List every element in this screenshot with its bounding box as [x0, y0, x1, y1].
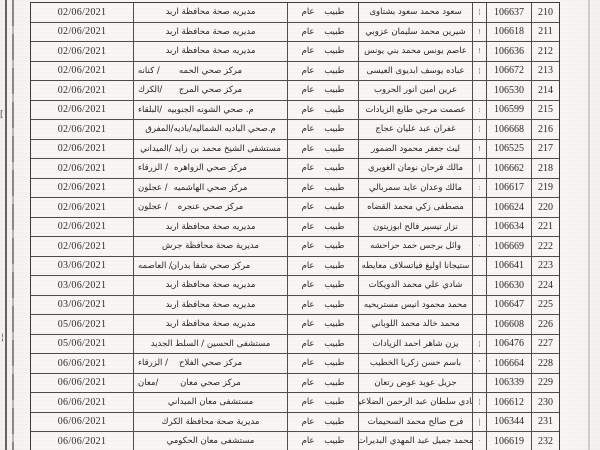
table-row: 06/06/2021 مستشفى معان الميداني طبيب عام…	[31, 393, 559, 413]
doctor-name-cell: جزيل عويد عوض رتعان	[359, 374, 473, 393]
workplace-cell: مديريه صحة محافظة اربد	[134, 3, 288, 22]
appointment-date-cell: 02/06/2021	[31, 237, 134, 256]
table-row: 02/06/2021 / كنانه مركز صحي الحمه طبيب ع…	[31, 62, 559, 82]
workplace-label: م.صحي الباديه الشماليه/باديه/المفرق	[145, 124, 276, 134]
job-title-cell: طبيب عام	[288, 296, 359, 315]
scan-artifact: ¦	[473, 62, 487, 81]
serial-number-cell: 227	[532, 335, 559, 354]
page-edge-line	[588, 0, 590, 450]
appointment-date-cell: 06/06/2021	[31, 432, 134, 450]
workplace-label: مديريه صحة محافظة اربد	[166, 222, 256, 232]
id-number-cell: 106637	[487, 3, 532, 22]
serial-number-cell: 222	[532, 237, 559, 256]
job-title-cell: طبيب عام	[288, 335, 359, 354]
doctor-name-cell: سعود محمد سعود بشتاوى	[359, 3, 473, 22]
id-number-cell: 106617	[487, 179, 532, 198]
workplace-cell: مستشفى الحسين / السلط الجديد	[134, 335, 288, 354]
workplace-label: مديريه صحة محافظة اربد	[166, 319, 256, 329]
job-title-cell: طبيب عام	[288, 23, 359, 42]
doctor-name-cell: ليث جعفر محمود الضمور	[359, 140, 473, 159]
job-title-cell: طبيب عام	[288, 276, 359, 295]
serial-number-cell: 230	[532, 393, 559, 412]
workplace-cell: / العاصمه مركز صحي شفا بدران	[134, 257, 288, 276]
table-row: 02/06/2021 مستشفى الشيخ محمد بن زايد /ال…	[31, 140, 559, 160]
doctor-name-cell: غفران عبد عليان عجاج	[359, 120, 473, 139]
workplace-label: مديريه صحة محافظة اربد	[166, 27, 256, 37]
table-row: 02/06/2021 مديريه صحة محافظة اربد طبيب ع…	[31, 218, 559, 238]
scan-artifact: !	[473, 140, 487, 159]
workplace-label: مديرية صحة محافظة جرش	[162, 241, 259, 251]
scan-artifact	[473, 315, 487, 334]
doctor-name-cell: شادي علي محمد الدويكات	[359, 276, 473, 295]
workplace-label: مركز صحي الهاشميه	[174, 183, 248, 193]
doctor-name-cell: عرين امين انور الحروب	[359, 81, 473, 100]
workplace-label: مركز صحي المرج	[179, 85, 242, 95]
scan-artifact	[473, 257, 487, 276]
table-row: 03/06/2021 مديريه صحة محافظة اربد طبيب ع…	[31, 276, 559, 296]
job-title-cell: طبيب عام	[288, 120, 359, 139]
id-number-cell: 106618	[487, 23, 532, 42]
id-number-cell: 106662	[487, 159, 532, 178]
id-number-cell: 106624	[487, 198, 532, 217]
job-title-cell: طبيب عام	[288, 42, 359, 61]
workplace-cell: / الزرقاء مركز صحي الفلاح	[134, 354, 288, 373]
table-row: 06/06/2021 / الزرقاء مركز صحي الفلاح طبي…	[31, 354, 559, 374]
scan-artifact: ¦	[473, 120, 487, 139]
appointment-date-cell: 06/06/2021	[31, 354, 134, 373]
serial-number-cell: 219	[532, 179, 559, 198]
scan-artifact: :	[473, 179, 487, 198]
job-title-cell: طبيب عام	[288, 140, 359, 159]
appointment-date-cell: 03/06/2021	[31, 296, 134, 315]
workplace-label: مركز صحي عنجره	[178, 202, 243, 212]
table-row: 02/06/2021 مديريه صحة محافظة اربد طبيب ع…	[31, 23, 559, 43]
workplace-cell: / كنانه مركز صحي الحمه	[134, 62, 288, 81]
appointment-date-cell: 06/06/2021	[31, 374, 134, 393]
scan-artifact	[473, 276, 487, 295]
table-row: 06/06/2021 /معان مركز صحي معان طبيب عام …	[31, 374, 559, 394]
serial-number-cell: 224	[532, 276, 559, 295]
job-title-cell: طبيب عام	[288, 179, 359, 198]
workplace-cell: / عجلون مركز صحي الهاشميه	[134, 179, 288, 198]
serial-number-cell: 213	[532, 62, 559, 81]
serial-number-cell: 214	[532, 81, 559, 100]
workplace-label: مركز صحي الزواهره	[174, 163, 247, 173]
doctor-name-cell: وائل برجس حمد حراحشه	[359, 237, 473, 256]
id-number-cell: 106619	[487, 432, 532, 450]
governorate-label: / العاصمه	[138, 261, 172, 271]
table-row: 05/06/2021 مديريه صحة محافظة اربد طبيب ع…	[31, 315, 559, 335]
job-title-cell: طبيب عام	[288, 257, 359, 276]
table-row: 02/06/2021 مديريه صحة محافظة اربد طبيب ع…	[31, 3, 559, 23]
appointment-date-cell: 02/06/2021	[31, 218, 134, 237]
appointment-date-cell: 05/06/2021	[31, 335, 134, 354]
serial-number-cell: 217	[532, 140, 559, 159]
scan-artifact: :	[473, 101, 487, 120]
job-title-cell: طبيب عام	[288, 159, 359, 178]
serial-number-cell: 212	[532, 42, 559, 61]
governorate-label: / كنانه	[138, 66, 160, 76]
doctor-name-cell: مالك وعدان عايد سمربالي	[359, 179, 473, 198]
appointment-date-cell: 02/06/2021	[31, 62, 134, 81]
appointment-date-cell: 02/06/2021	[31, 101, 134, 120]
appointment-date-cell: 02/06/2021	[31, 3, 134, 22]
workplace-cell: / عجلون مركز صحي عنجره	[134, 198, 288, 217]
governorate-label: /البلقاء	[138, 105, 162, 115]
scan-artifact	[473, 296, 487, 315]
serial-number-cell: 231	[532, 413, 559, 432]
job-title-cell: طبيب عام	[288, 218, 359, 237]
serial-number-cell: 215	[532, 101, 559, 120]
appointment-date-cell: 02/06/2021	[31, 81, 134, 100]
workplace-label: مركز صحي الفلاح	[179, 358, 242, 368]
doctor-name-cell: مالك فرحان نومان الغويري	[359, 159, 473, 178]
workplace-cell: مديريه صحة محافظة اربد	[134, 315, 288, 334]
serial-number-cell: 228	[532, 354, 559, 373]
id-number-cell: 106612	[487, 393, 532, 412]
serial-number-cell: 225	[532, 296, 559, 315]
serial-number-cell: 232	[532, 432, 559, 450]
workplace-cell: م.صحي الباديه الشماليه/باديه/المفرق	[134, 120, 288, 139]
table-row: 02/06/2021 / عجلون مركز صحي عنجره طبيب ع…	[31, 198, 559, 218]
appointment-date-cell: 02/06/2021	[31, 159, 134, 178]
governorate-label: / الزرقاء	[138, 358, 168, 368]
serial-number-cell: 221	[532, 218, 559, 237]
governorate-label: /معان	[138, 378, 158, 388]
scan-artifact: ·	[473, 432, 487, 450]
scan-artifact: [	[0, 110, 4, 120]
workplace-cell: مديريه صحة محافظة اربد	[134, 42, 288, 61]
job-title-cell: طبيب عام	[288, 432, 359, 450]
appointment-date-cell: 02/06/2021	[31, 198, 134, 217]
scan-artifact: |	[473, 413, 487, 432]
workplace-cell: /معان مركز صحي معان	[134, 374, 288, 393]
table-row: 03/06/2021 / العاصمه مركز صحي شفا بدران …	[31, 257, 559, 277]
workplace-cell: / الزرقاء مركز صحي الزواهره	[134, 159, 288, 178]
scan-artifact: !	[473, 42, 487, 61]
scan-artifact	[473, 218, 487, 237]
table-row: 05/06/2021 مستشفى الحسين / السلط الجديد …	[31, 335, 559, 355]
governorate-label: / عجلون	[138, 183, 168, 193]
doctor-name-cell: فرح صالح محمد السحيمات	[359, 413, 473, 432]
table-row: 06/06/2021 مستشفى معان الحكومي طبيب عام …	[31, 432, 559, 450]
job-title-cell: طبيب عام	[288, 393, 359, 412]
page-binding-line-outer	[5, 0, 7, 450]
job-title-cell: طبيب عام	[288, 101, 359, 120]
doctor-name-cell: مصطفى زكي محمد القضاه	[359, 198, 473, 217]
workplace-label: مستشفى معان الميداني	[168, 397, 253, 407]
serial-number-cell: 223	[532, 257, 559, 276]
doctor-name-cell: يزن شاهر احمد الزيادات	[359, 335, 473, 354]
workplace-cell: مديريه صحة محافظة اربد	[134, 23, 288, 42]
workplace-label: مديريه صحة محافظة اربد	[166, 280, 256, 290]
scan-artifact: ¦	[473, 393, 487, 412]
table-row: 02/06/2021 م.صحي الباديه الشماليه/باديه/…	[31, 120, 559, 140]
appointment-date-cell: 06/06/2021	[31, 413, 134, 432]
appointment-date-cell: 02/06/2021	[31, 120, 134, 139]
serial-number-cell: 210	[532, 3, 559, 22]
table-row: 02/06/2021 /الكرك مركز صحي المرج طبيب عا…	[31, 81, 559, 101]
doctor-name-cell: نزار تيسير فالح ابوزيتون	[359, 218, 473, 237]
table-row: 03/06/2021 مديريه صحة محافظة اربد طبيب ع…	[31, 296, 559, 316]
workplace-label: م. صحي الشونه الجنوبيه	[167, 105, 254, 115]
appointment-date-cell: 03/06/2021	[31, 257, 134, 276]
appointment-date-cell: 02/06/2021	[31, 179, 134, 198]
workplace-label: مستشفى الشيخ محمد بن زايد /الميداني	[140, 144, 281, 154]
workplace-cell: /البلقاء م. صحي الشونه الجنوبيه	[134, 101, 288, 120]
serial-number-cell: 226	[532, 315, 559, 334]
appointment-date-cell: 02/06/2021	[31, 42, 134, 61]
table-row: 02/06/2021 مديرية صحة محافظة جرش طبيب عا…	[31, 237, 559, 257]
scan-artifact	[473, 198, 487, 217]
job-title-cell: طبيب عام	[288, 354, 359, 373]
appointment-date-cell: 03/06/2021	[31, 276, 134, 295]
appointment-date-cell: 02/06/2021	[31, 140, 134, 159]
id-number-cell: 106641	[487, 257, 532, 276]
job-title-cell: طبيب عام	[288, 237, 359, 256]
id-number-cell: 106672	[487, 62, 532, 81]
serial-number-cell: 229	[532, 374, 559, 393]
id-number-cell: 106647	[487, 296, 532, 315]
page-binding-line-inner	[12, 0, 14, 450]
workplace-label: مركز صحي معان	[180, 378, 241, 388]
doctor-name-cell: محمد محمود انيس مستريحيه	[359, 296, 473, 315]
scan-artifact	[473, 374, 487, 393]
doctor-name-cell: محمد خالد محمد اللوباني	[359, 315, 473, 334]
id-number-cell: 106599	[487, 101, 532, 120]
governorate-label: / عجلون	[138, 202, 168, 212]
appointment-date-cell: 05/06/2021	[31, 315, 134, 334]
workplace-cell: /الكرك مركز صحي المرج	[134, 81, 288, 100]
workplace-cell: مديريه صحة محافظة اربد	[134, 218, 288, 237]
workplace-cell: مديريه صحة محافظة اربد	[134, 296, 288, 315]
table-row: 02/06/2021 /البلقاء م. صحي الشونه الجنوب…	[31, 101, 559, 121]
id-number-cell: 106525	[487, 140, 532, 159]
id-number-cell: 106344	[487, 413, 532, 432]
serial-number-cell: 211	[532, 23, 559, 42]
workplace-label: مديريه صحة محافظة اربد	[166, 300, 256, 310]
doctor-name-cell: محمد جميل عبد المهدي البديرات	[359, 432, 473, 450]
serial-number-cell: 220	[532, 198, 559, 217]
id-number-cell: 106636	[487, 42, 532, 61]
doctor-name-cell: شيرين محمد سليمان عزوبي	[359, 23, 473, 42]
workplace-label: مديريه صحة محافظة اربد	[166, 46, 256, 56]
workplace-cell: مديرية صحة محافظة جرش	[134, 237, 288, 256]
workplace-label: مركز صحي شفا بدران	[171, 261, 250, 271]
id-number-cell: 106339	[487, 374, 532, 393]
appointment-date-cell: 06/06/2021	[31, 393, 134, 412]
serial-number-cell: 218	[532, 159, 559, 178]
scan-artifact	[473, 81, 487, 100]
doctor-name-cell: عباده يوسف ابديوى العيسى	[359, 62, 473, 81]
workplace-cell: مستشفى الشيخ محمد بن زايد /الميداني	[134, 140, 288, 159]
job-title-cell: طبيب عام	[288, 3, 359, 22]
scan-artifact: ·	[473, 237, 487, 256]
doctors-registry-table: 02/06/2021 مديريه صحة محافظة اربد طبيب ع…	[30, 2, 560, 450]
scan-artifact: ¦	[473, 3, 487, 22]
id-number-cell: 106664	[487, 354, 532, 373]
id-number-cell: 106530	[487, 81, 532, 100]
appointment-date-cell: 02/06/2021	[31, 23, 134, 42]
job-title-cell: طبيب عام	[288, 62, 359, 81]
id-number-cell: 106634	[487, 218, 532, 237]
id-number-cell: 106476	[487, 335, 532, 354]
workplace-label: مديريه صحة محافظة اربد	[166, 7, 256, 17]
doctor-name-cell: شادي سلطان عبد الرحمن الضلاعين	[359, 393, 473, 412]
table-row: 06/06/2021 مديرية صحة محافظة الكرك طبيب …	[31, 413, 559, 433]
job-title-cell: طبيب عام	[288, 374, 359, 393]
workplace-cell: مديريه صحة محافظة اربد	[134, 276, 288, 295]
doctor-name-cell: عاصم يونس محمد بني يونس	[359, 42, 473, 61]
job-title-cell: طبيب عام	[288, 413, 359, 432]
governorate-label: / الزرقاء	[138, 163, 168, 173]
workplace-label: مديرية صحة محافظة الكرك	[162, 417, 260, 427]
job-title-cell: طبيب عام	[288, 81, 359, 100]
id-number-cell: 106630	[487, 276, 532, 295]
serial-number-cell: 216	[532, 120, 559, 139]
table-row: 02/06/2021 / عجلون مركز صحي الهاشميه طبي…	[31, 179, 559, 199]
doctor-name-cell: ستيجانا اوليغ فياتسلاف معايطه	[359, 257, 473, 276]
job-title-cell: طبيب عام	[288, 198, 359, 217]
governorate-label: /الكرك	[138, 85, 162, 95]
scan-artifact: !	[473, 23, 487, 42]
table-row: 02/06/2021 / الزرقاء مركز صحي الزواهره ط…	[31, 159, 559, 179]
doctor-name-cell: باسم حسن زكريا الخطيب	[359, 354, 473, 373]
doctor-name-cell: عصمت مرجي طايع الزيادات	[359, 101, 473, 120]
workplace-cell: مستشفى معان الحكومي	[134, 432, 288, 450]
scan-artifact: ¦	[473, 335, 487, 354]
workplace-label: مركز صحي الحمه	[179, 66, 242, 76]
scan-artifact: ¦	[1, 333, 4, 343]
table-row: 02/06/2021 مديريه صحة محافظة اربد طبيب ع…	[31, 42, 559, 62]
id-number-cell: 106669	[487, 237, 532, 256]
scanned-page: [ ¦ 02/06/2021 مديريه صحة محافظة اربد طب…	[0, 0, 600, 450]
workplace-cell: مستشفى معان الميداني	[134, 393, 288, 412]
id-number-cell: 106608	[487, 315, 532, 334]
job-title-cell: طبيب عام	[288, 315, 359, 334]
scan-artifact: |	[473, 159, 487, 178]
workplace-label: مستشفى معان الحكومي	[167, 436, 255, 446]
workplace-cell: مديرية صحة محافظة الكرك	[134, 413, 288, 432]
workplace-label: مستشفى الحسين / السلط الجديد	[151, 339, 271, 349]
scan-artifact: '	[473, 354, 487, 373]
id-number-cell: 106668	[487, 120, 532, 139]
